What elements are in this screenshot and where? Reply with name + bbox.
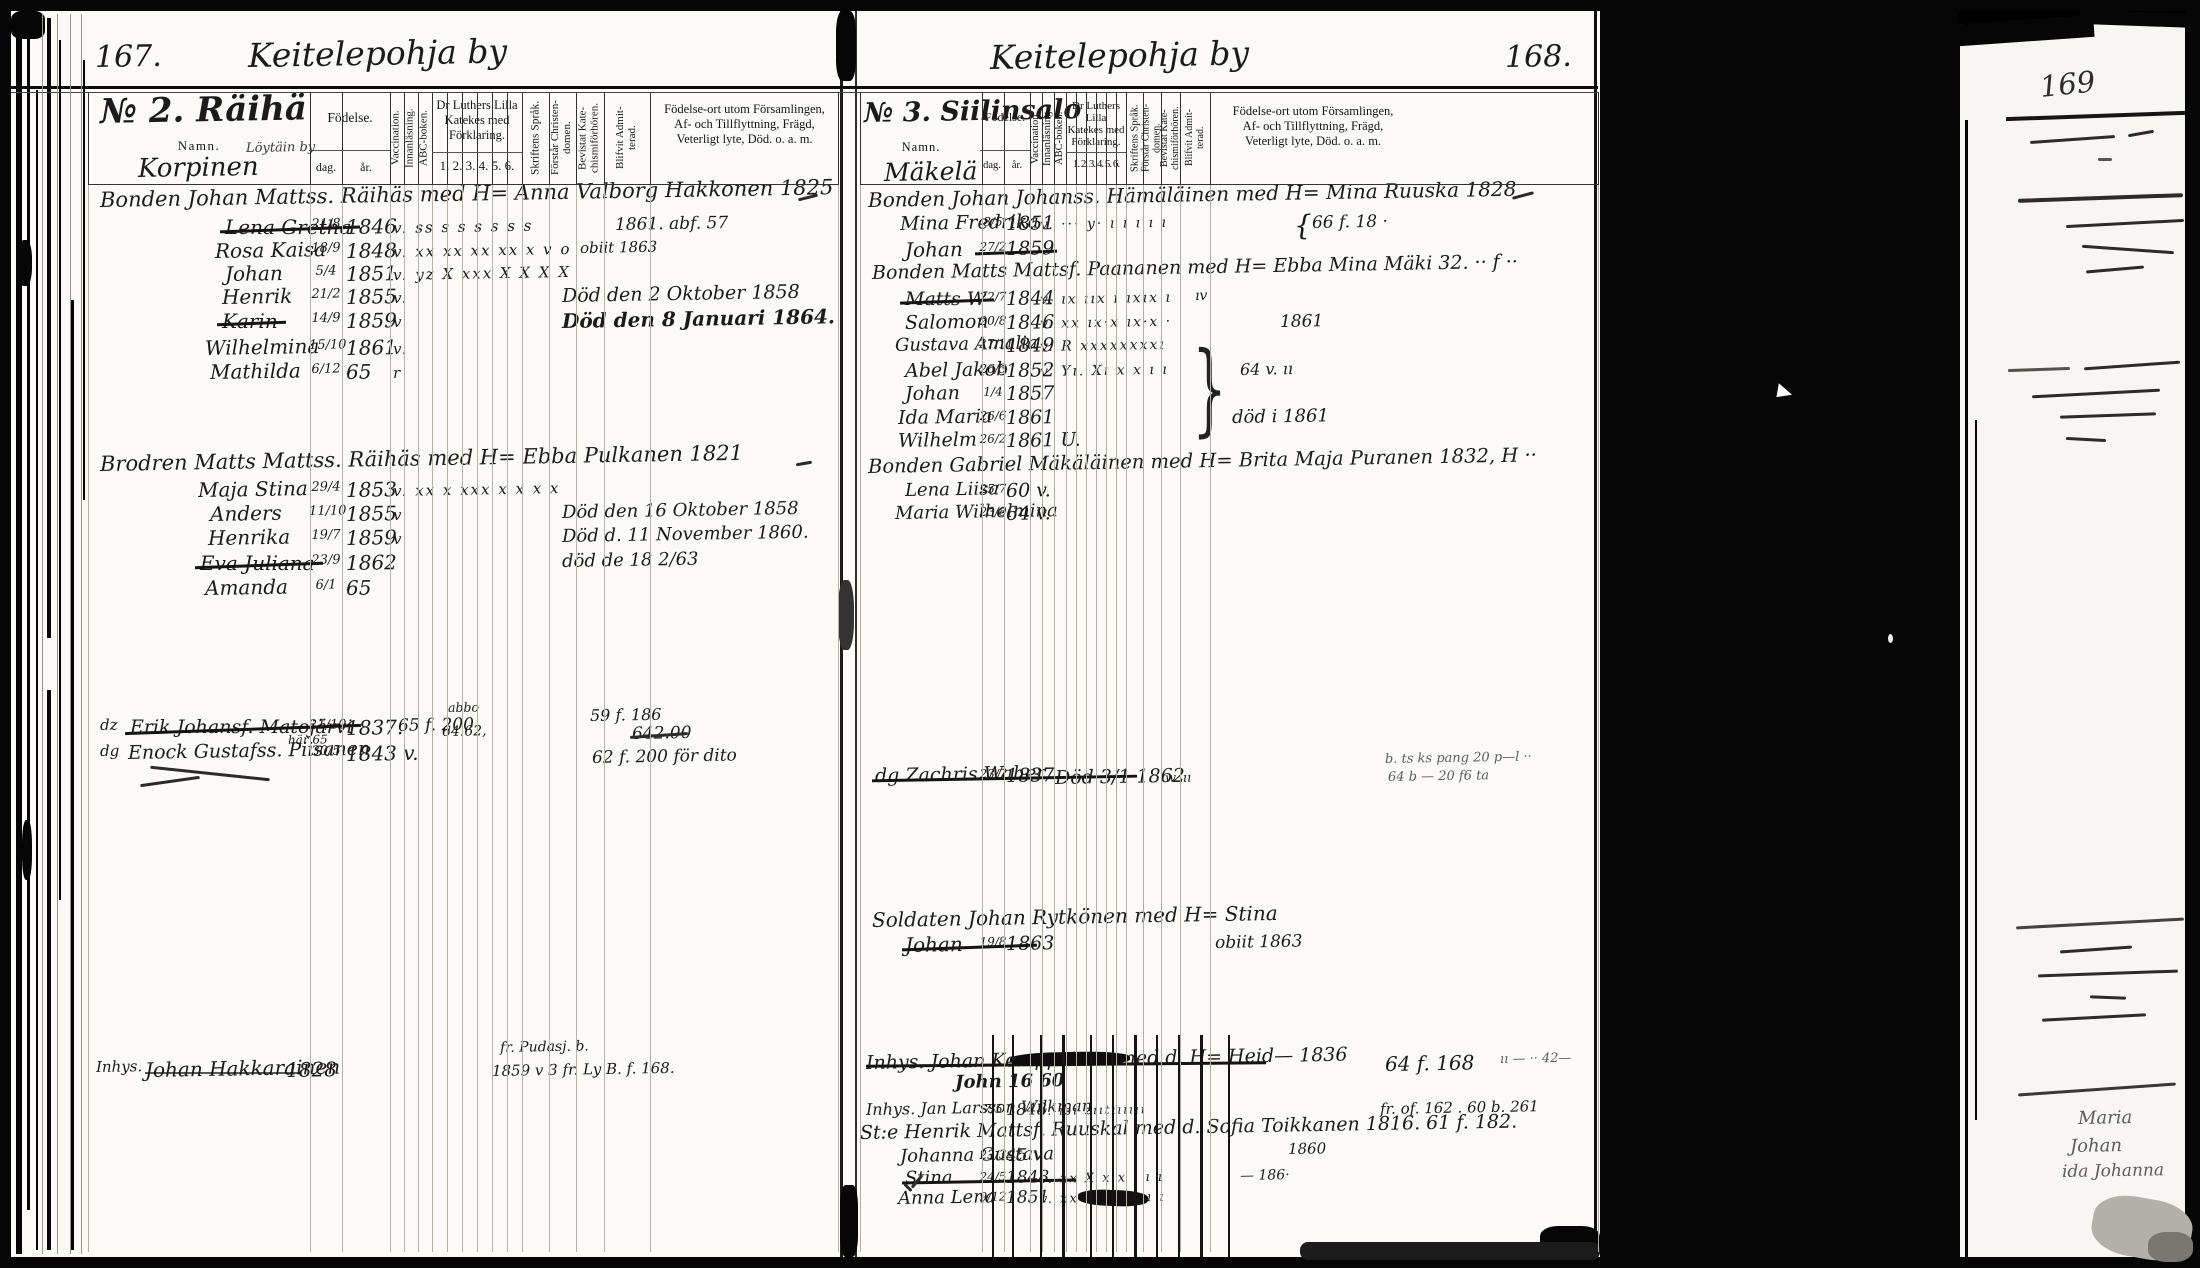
table-rule-line (992, 1035, 994, 1257)
table-rule-line (522, 92, 523, 185)
torn-edge-streak (36, 90, 38, 1250)
table-rule-line (1054, 185, 1055, 1252)
page-gutter-line (855, 11, 857, 1257)
table-rule-line (1042, 185, 1043, 1252)
ink-blot (836, 11, 856, 81)
table-rule-line (1096, 185, 1097, 1252)
table-rule-line (650, 92, 651, 185)
table-rule-line (980, 150, 1030, 151)
table-rule-line (88, 92, 89, 185)
table-rule-line (342, 185, 343, 1252)
birth-day: 6/1 (309, 577, 343, 593)
birth-year: 1837. (346, 715, 404, 740)
table-rule-line (1042, 92, 1043, 185)
column-header-dag-right: dag. (980, 160, 1004, 171)
payment-note: 64 f. 168 (1385, 1050, 1475, 1076)
torn-edge-streak (83, 60, 85, 500)
birth-year: 1861 U. (1006, 429, 1081, 452)
handwriting-fragment: Johan (2070, 1135, 2122, 1157)
page-number-left: 167. (95, 39, 162, 75)
scan-border (0, 0, 11, 1268)
table-rule-line (447, 185, 448, 1252)
torn-edge-streak (1965, 120, 1968, 1260)
birth-day: 26/6 (979, 409, 1007, 423)
column-header-ar-right: år. (1004, 160, 1030, 171)
table-rule-line (404, 185, 405, 1252)
person-name: Johan (905, 932, 963, 957)
catechism-marks: . (1040, 387, 1047, 403)
table-rule-line (1030, 92, 1031, 185)
table-rule-line (604, 185, 605, 1252)
table-rule-line (342, 92, 343, 185)
table-rule-line (390, 185, 391, 1252)
table-rule-line (11, 92, 1598, 93)
table-rule-line (507, 92, 508, 185)
table-rule-line (1126, 92, 1127, 185)
table-rule-line (1030, 185, 1031, 1252)
table-rule-line (1228, 1035, 1230, 1257)
table-rule-line (604, 92, 605, 185)
table-rule-line (1086, 92, 1087, 185)
handwriting-scribble (2098, 158, 2112, 161)
table-rule-line (1126, 185, 1127, 1252)
margin-note: ıı — ·· 42— (1500, 1051, 1572, 1067)
margin-note: b. ts ks pang 20 p—l ·· (1385, 749, 1532, 767)
birth-day: 8/5 (979, 215, 1007, 229)
birth-day: 23/9 (309, 552, 343, 568)
family-surname-script-right: Mäkelä (884, 156, 978, 187)
table-rule-line (432, 92, 433, 185)
torn-edge-streak (1594, 11, 1597, 1257)
table-rule-line (57, 14, 58, 1254)
column-header-ar-left: år. (342, 160, 390, 175)
table-rule-line (310, 185, 311, 1252)
scan-speck (1888, 634, 1893, 643)
birth-year: 65 (346, 576, 372, 600)
ink-blot (840, 1185, 858, 1257)
birth-year: 1843 v. (346, 741, 419, 766)
column-header-fodelseort-right: Födelse-ort utom Församlingen, Af- och T… (1218, 104, 1408, 149)
torn-edge-streak (1952, 24, 1960, 1260)
family-surname-script-left: Korpinen (138, 152, 259, 184)
margin-note: — 186· (1240, 1167, 1290, 1184)
margin-note: w. ıı (1165, 771, 1191, 786)
column-header-fodelse-right: Födelse. (980, 110, 1030, 125)
table-rule-line (576, 92, 577, 185)
table-rule-line (1598, 92, 1599, 185)
table-rule-line (1086, 185, 1087, 1252)
margin-code: dz (100, 716, 118, 734)
table-rule-line (1598, 185, 1599, 1252)
table-rule-line (462, 185, 463, 1252)
table-rule-line (860, 92, 861, 185)
table-rule-line (1004, 185, 1005, 1252)
table-rule-line (88, 184, 838, 185)
table-rule-line (1076, 185, 1077, 1252)
column-header-innanlasning-left: Innanläsning. (403, 93, 418, 183)
village-title-right: Keitelepohja by (990, 33, 1250, 77)
page-number-fragment: 169 (2038, 64, 2097, 104)
table-rule-line (477, 185, 478, 1252)
table-rule-line (88, 185, 89, 1252)
torn-edge-streak (27, 30, 30, 1210)
scan-speck (1776, 383, 1793, 399)
catechism-marks: v. Yı. Xı x x ı ı (1040, 362, 1169, 380)
ink-blot (22, 820, 32, 880)
table-rule-line (1180, 92, 1181, 185)
scan-black-band (1600, 0, 1958, 1268)
table-rule-line (1106, 185, 1107, 1252)
torn-edge-streak (1975, 420, 1977, 1120)
table-rule-line (1012, 1035, 1014, 1257)
table-rule-line (838, 92, 839, 185)
person-name: Johan (905, 237, 963, 262)
table-rule-line (492, 185, 493, 1252)
column-header-namn-right: Namn. (860, 140, 982, 155)
payment-note: 66 f. 18 · (1312, 212, 1388, 233)
table-rule-line (447, 92, 448, 185)
table-rule-line (576, 185, 577, 1252)
column-header-vaccination-left: Vaccination. (389, 93, 404, 183)
handwriting-fragment: Maria (2078, 1107, 2133, 1129)
record-title-left: № 2. Räihä (100, 88, 308, 132)
table-rule-line (404, 92, 405, 185)
person-name: Salomon (905, 311, 989, 334)
column-header-abc-left: ABC-boken. (417, 93, 432, 183)
ink-brace: { (1294, 209, 1312, 242)
table-rule-line (1200, 1035, 1203, 1257)
birth-year: 64 v. (1006, 502, 1051, 525)
table-rule-line (1076, 92, 1077, 185)
torn-edge-streak (59, 40, 61, 900)
table-rule-line (1106, 92, 1107, 185)
scan-border (2185, 0, 2200, 1268)
torn-edge-streak (47, 690, 51, 1250)
table-rule-line (1143, 185, 1144, 1252)
column-header-admitterad-left: Blifvit Admit- terad. (606, 93, 648, 183)
table-rule-line (1066, 92, 1067, 185)
table-rule-line (1116, 92, 1117, 185)
column-header-skriftens-left: Skriftens Språk. (523, 93, 548, 183)
table-rule-line (549, 185, 550, 1252)
table-rule-line (982, 92, 983, 185)
page-number-right: 168. (1505, 39, 1572, 75)
table-rule-line (1066, 185, 1067, 1252)
table-rule-line (1112, 1035, 1114, 1257)
person-name: Eva Juliana (200, 551, 315, 575)
margin-note: 64.62, (442, 723, 487, 740)
birth-day: 23/8 (979, 505, 1007, 519)
catechism-marks: v. R xxxxxxxxı (1040, 337, 1166, 355)
death-note: obiit 1863 (1215, 931, 1303, 953)
table-rule-line (522, 185, 523, 1252)
margin-note: 64 b — 20 f6 ta (1388, 768, 1489, 785)
table-rule-line (1116, 185, 1117, 1252)
table-rule-line (1090, 1035, 1092, 1257)
table-rule-line (1054, 92, 1055, 185)
column-header-bevistat-right: Bevistat Kate- chismiförhören. (1162, 93, 1180, 183)
torn-edge-streak (71, 300, 74, 1250)
table-rule-line (1161, 185, 1162, 1252)
table-rule-line (432, 185, 433, 1252)
margin-note: 1861 (1280, 311, 1324, 332)
table-rule-line (1040, 1035, 1042, 1257)
torn-edge-streak (16, 14, 22, 1254)
table-rule-line (1143, 92, 1144, 185)
table-rule-line (1134, 1035, 1137, 1257)
table-rule-line (982, 185, 983, 1252)
table-rule-line (1066, 152, 1126, 153)
table-rule-line (309, 150, 390, 151)
torn-edge-streak (47, 18, 51, 638)
column-header-bevistat-left: Bevistat Kate- chismiförhören. (576, 93, 603, 183)
table-rule-line (42, 14, 43, 1254)
table-rule-line (650, 185, 651, 1252)
birth-day: 21/10 (309, 717, 343, 733)
birth-year: 60 v. (1006, 479, 1051, 502)
ink-blot (18, 240, 32, 286)
table-rule-line (81, 14, 82, 1254)
birth-day: 20/8 (979, 314, 1007, 328)
scanned-ledger-image: 167. Keitelepohja by № 2. Räihä Namn. Lö… (0, 0, 2200, 1268)
table-rule-line (310, 92, 311, 185)
birth-day: 25/7 (979, 482, 1007, 496)
table-rule-line (1210, 185, 1211, 1252)
table-rule-line (1180, 185, 1181, 1252)
catechism-marks: v. ısı zııtıııııı (1040, 1102, 1147, 1118)
margin-code: dg (100, 742, 120, 760)
person-name: Johan (905, 382, 960, 405)
column-header-forstar-left: Förstår Christen- domen. (549, 93, 575, 183)
table-rule-line (432, 152, 522, 153)
table-rule-line (507, 185, 508, 1252)
birth-day: 30/5 (309, 743, 343, 759)
death-note: död i 1861 (1232, 405, 1329, 428)
person-name: Wilhelm (898, 429, 977, 452)
overwritten-name: John 16 60 (955, 1070, 1065, 1093)
person-name: Amanda (205, 575, 288, 600)
table-rule-line (1210, 92, 1211, 185)
margin-note: ıv (1195, 288, 1208, 304)
ink-blot (838, 580, 854, 650)
table-rule-line (11, 86, 1598, 89)
table-rule-line (492, 92, 493, 185)
table-rule-line (860, 185, 861, 1252)
scan-smudge (2148, 1232, 2193, 1262)
table-rule-line (418, 92, 419, 185)
ink-blot (1300, 1242, 1600, 1260)
ink-blot (11, 11, 45, 39)
table-rule-line (1096, 92, 1097, 185)
table-rule-line (462, 92, 463, 185)
column-header-fodelse-left: Födelse. (310, 110, 390, 126)
catechism-marks: v. ··· y· ı ı ı ı ı (1040, 215, 1168, 233)
handwriting-fragment: ida Johanna (2062, 1160, 2164, 1182)
column-header-dag-left: dag. (310, 160, 342, 175)
birth-day: 27/11 (979, 337, 1007, 351)
table-rule-line (1178, 1035, 1180, 1257)
table-rule-line (1062, 1035, 1065, 1257)
birth-day: 26/2 (979, 432, 1007, 446)
table-rule-line (1161, 92, 1162, 185)
table-rule-line (549, 92, 550, 185)
table-rule-line (390, 92, 391, 185)
table-rule-line (418, 185, 419, 1252)
margin-note: 64 v. ıı (1240, 359, 1293, 379)
column-header-fodelseort-left: Födelse-ort utom Församlingen, Af- och T… (653, 102, 836, 147)
table-rule-line (1156, 1035, 1158, 1257)
birth-day: 1/4 (979, 385, 1007, 399)
table-rule-line (838, 185, 839, 1252)
margin-note: abbo (448, 699, 479, 715)
birth-day: 22/7 (979, 290, 1007, 304)
person-name: Matts W (905, 288, 986, 310)
table-rule-line (70, 14, 71, 1254)
village-title-left: Keitelepohja by (248, 31, 508, 75)
margin-note: 1860 (1288, 1139, 1326, 1158)
death-note: död de 18 2/63 (562, 549, 699, 572)
table-rule-line (1004, 92, 1005, 185)
table-rule-line (860, 184, 1598, 185)
table-rule-line (477, 92, 478, 185)
column-header-admitterad-right: Blifvit Admit- terad. (1182, 93, 1210, 183)
birth-day: 26/3 (979, 362, 1007, 376)
